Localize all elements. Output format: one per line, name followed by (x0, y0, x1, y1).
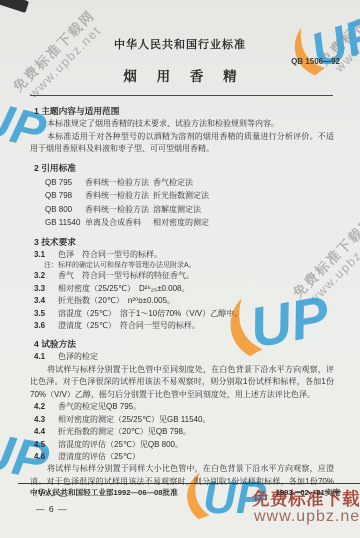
clause-text: 澄清度的评估（25℃） (58, 451, 334, 463)
reference-name: 溶解度测定法 (153, 203, 201, 217)
clause-3-3: 3.3 相对密度（25/25℃） D²⁵₂₅±0.008。 (30, 283, 334, 295)
clause-text: 相对密度的测定（25/25℃）见GB 11540。 (58, 414, 334, 426)
clause-3-6: 3.6 澄清度（25℃） 符合同一型号的标样。 (30, 320, 334, 332)
clause-4-3: 4.3 相对密度的测定（25/25℃）见GB 11540。 (30, 414, 334, 426)
clause-4-4: 4.4 折光指数的测定（20℃）见QB 798。 (30, 426, 334, 438)
clause-number: 4.5 (34, 439, 58, 451)
clause-number: 3.3 (34, 283, 58, 295)
reference-name: 相对密度的测定 (153, 216, 209, 230)
clause-text: 香气 符合同一型号标样的特征香气。 (58, 270, 334, 282)
clause-text: 折光指数（20℃） n²⁰ᴅ±0.005。 (58, 295, 334, 307)
reference-code: QB 798 (45, 189, 85, 203)
reference-row: QB 795 香料统一检验方法 香气检定法 (30, 176, 334, 190)
reference-name: 折光指数测定法 (153, 189, 209, 203)
clause-text: 色泽的检定 (58, 351, 334, 363)
footer-approval: 中华人民共和国轻工业部1992—06—08批准 (30, 487, 178, 498)
clause-text: 溶混度的评估（25℃）见QB 800。 (58, 439, 334, 451)
section-2-heading: 2 引用标准 (34, 162, 334, 174)
section-3-heading: 3 技术要求 (34, 236, 334, 248)
clause-3-5: 3.5 溶混度（25℃） 溶于1～10倍70%（V/V）乙醇中。 (30, 308, 334, 320)
clause-3-2: 3.2 香气 符合同一型号标样的特征香气。 (30, 270, 334, 282)
clause-4-1-paragraph: 将试样与标样分别置于比色管中至同刻度处，在白色背景下沿水平方向观察，评比色泽。对… (30, 364, 334, 402)
clause-3-4: 3.4 折光指数（20℃） n²⁰ᴅ±0.005。 (30, 295, 334, 307)
clause-number: 3.4 (34, 295, 58, 307)
clause-number: 3.2 (34, 270, 58, 282)
reference-method: 香料统一检验方法 (85, 203, 153, 217)
document-body: 1 主题内容与适用范围 本标准规定了烟用香精的技术要求、试验方法和检验规则等内容… (30, 99, 334, 501)
reference-row: QB 798 香料统一检验方法 折光指数测定法 (30, 189, 334, 203)
clause-number: 3.5 (34, 308, 58, 320)
reference-code: GB 11540 (45, 216, 85, 230)
clause-4-5: 4.5 溶混度的评估（25℃）见QB 800。 (30, 439, 334, 451)
reference-code: QB 800 (45, 203, 85, 217)
standard-number: QB 1506—92 (291, 57, 340, 66)
reference-method: 香料统一检验方法 (85, 189, 153, 203)
footer-rule (18, 483, 360, 484)
clause-text: 溶混度（25℃） 溶于1～10倍70%（V/V）乙醇中。 (58, 308, 334, 320)
page-number: — 6 — (36, 504, 67, 514)
clause-4-6: 4.6 澄清度的评估（25℃） (30, 451, 334, 463)
clause-text: 相对密度（25/25℃） D²⁵₂₅±0.008。 (58, 283, 334, 295)
section-1-heading: 1 主题内容与适用范围 (34, 105, 334, 117)
clause-number: 4.4 (34, 426, 58, 438)
footer-implementation-date: 1993—02—01实施 (276, 487, 340, 498)
clause-text: 折光指数的测定（20℃）见QB 798。 (58, 426, 334, 438)
clause-text: 色泽 符合同一型号的标样。 (58, 249, 334, 261)
clause-number: 3.1 (34, 249, 58, 261)
clause-4-1: 4.1 色泽的检定 (30, 351, 334, 363)
reference-method: 香料统一检验方法 (85, 176, 153, 190)
section-1-paragraph-2: 本标准适用于对各种型号的以酒精为溶剂的烟用香精的质量进行分析评价。不适用于烟用香… (30, 131, 334, 156)
document-page: UP 免费标准下载网 www.upbz.net 免费标准下载网 www.upbz… (0, 0, 360, 538)
reference-name: 香气检定法 (153, 176, 193, 190)
clause-3-1-note: 注：标样的确定认可和保存等管理办法见附录A。 (30, 261, 334, 271)
clause-number: 3.6 (34, 320, 58, 332)
clause-number: 4.3 (34, 414, 58, 426)
reference-list: QB 795 香料统一检验方法 香气检定法 QB 798 香料统一检验方法 折光… (30, 176, 334, 230)
reference-code: QB 795 (45, 176, 85, 190)
reference-row: QB 800 香料统一检验方法 溶解度测定法 (30, 203, 334, 217)
document-title: 烟 用 香 精 (0, 65, 360, 85)
reference-row: GB 11540 单离及合成香料 相对密度的测定 (30, 216, 334, 230)
section-4-heading: 4 试验方法 (34, 338, 334, 350)
clause-number: 4.2 (34, 401, 58, 413)
standard-org-label: 中华人民共和国行业标准 (0, 0, 360, 52)
clause-text: 澄清度（25℃） 符合同一型号的标样。 (58, 320, 334, 332)
clause-3-1: 3.1 色泽 符合同一型号的标样。 (30, 249, 334, 261)
header-rule (30, 95, 333, 96)
reference-method: 单离及合成香料 (85, 216, 153, 230)
clause-4-2: 4.2 香气的检定见QB 795。 (30, 401, 334, 413)
clause-text: 香气的检定见QB 795。 (58, 401, 334, 413)
section-1-paragraph-1: 本标准规定了烟用香精的技术要求、试验方法和检验规则等内容。 (30, 118, 334, 131)
watermark-site-url-large: www.upbz.net (254, 508, 360, 526)
clause-number: 4.6 (34, 451, 58, 463)
clause-number: 4.1 (34, 351, 58, 363)
